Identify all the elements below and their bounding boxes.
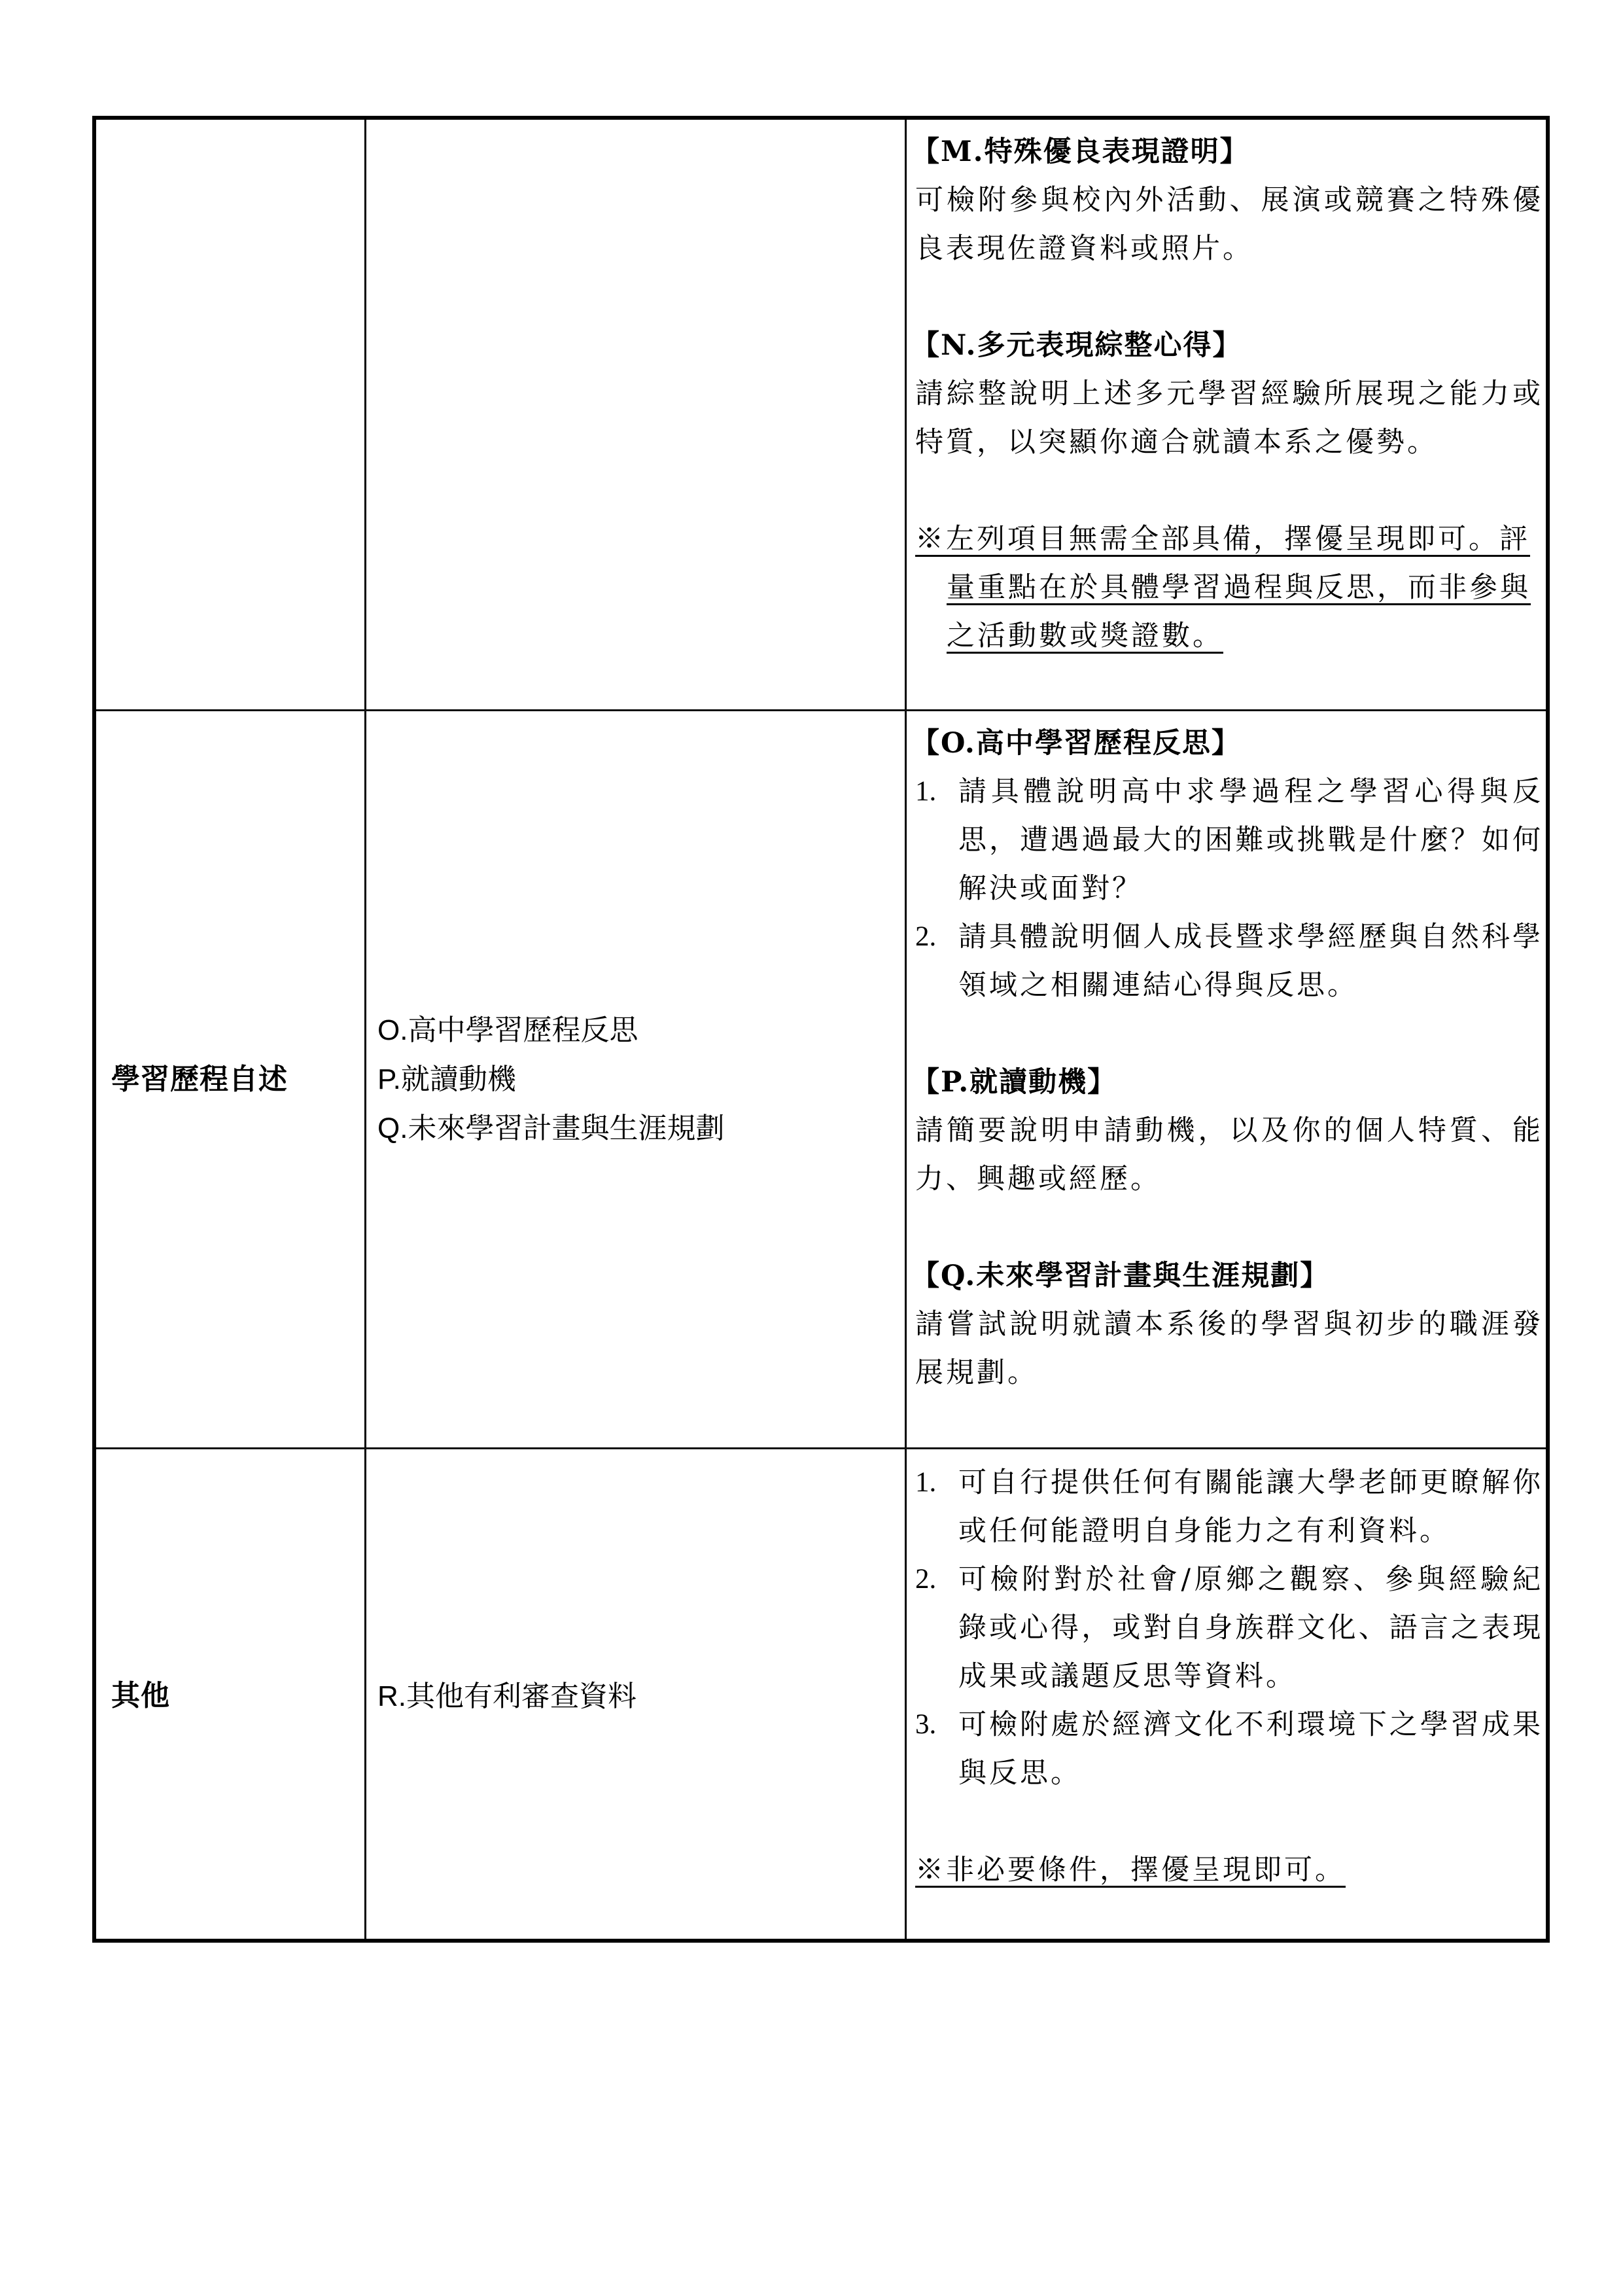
items-list: O.高中學習歷程反思 P.就讀動機 Q.未來學習計畫與生涯規劃 [366,1006,905,1153]
section-text-p: 請簡要說明申請動機，以及你的個人特質、能力、興趣或經歷。 [915,1106,1543,1203]
list-item: 1. 可自行提供任何有關能讓大學老師更瞭解你或任何能證明自身能力之有利資料。 [915,1458,1543,1555]
note-text: ※左列項目無需全部具備，擇優呈現即可。評量重點在於具體學習過程與反思，而非參與之… [915,523,1531,652]
category-label: 學習歷程自述 [96,1065,364,1094]
note-block: ※左列項目無需全部具備，擇優呈現即可。評量重點在於具體學習過程與反思，而非參與之… [915,515,1543,660]
items-list: R.其他有利審查資料 [366,1672,905,1721]
section-text-q: 請嘗試說明就讀本系後的學習與初步的職涯發展規劃。 [915,1300,1543,1397]
item-r: R.其他有利審查資料 [377,1672,905,1721]
other-list: 1. 可自行提供任何有關能讓大學老師更瞭解你或任何能證明自身能力之有利資料。 2… [915,1458,1543,1797]
description-cell-m-n: 【M.特殊優良表現證明】 可檢附參與校內外活動、展演或競賽之特殊優良表現佐證資料… [907,120,1550,709]
spacer [915,1203,1543,1252]
note-text: ※非必要條件，擇優呈現即可。 [915,1854,1346,1886]
description-cell-r: 1. 可自行提供任何有關能讓大學老師更瞭解你或任何能證明自身能力之有利資料。 2… [907,1449,1550,1943]
list-text: 可自行提供任何有關能讓大學老師更瞭解你或任何能證明自身能力之有利資料。 [958,1466,1543,1547]
description-cell-o-p-q: 【O.高中學習歷程反思】 1. 請具體說明高中求學過程之學習心得與反思，遭遇過最… [907,711,1550,1447]
section-text-m: 可檢附參與校內外活動、展演或競賽之特殊優良表現佐證資料或照片。 [915,176,1543,273]
item-p: P.就讀動機 [377,1055,905,1104]
list-text: 請具體說明個人成長暨求學經歷與自然科學領域之相關連結心得與反思。 [958,921,1543,1002]
spacer [915,1797,1543,1846]
list-number: 1. [915,1458,936,1507]
category-cell-other: 其他 [96,1449,364,1943]
spacer [915,1010,1543,1058]
spacer [915,467,1543,515]
list-item: 1. 請具體說明高中求學過程之學習心得與反思，遭遇過最大的困難或挑戰是什麼？如何… [915,768,1543,913]
list-text: 可檢附處於經濟文化不利環境下之學習成果與反思。 [958,1708,1543,1790]
note-block: ※非必要條件，擇優呈現即可。 [915,1846,1543,1894]
items-cell-empty [366,120,905,709]
section-heading-p: 【P.就讀動機】 [911,1058,1543,1106]
items-cell-other: R.其他有利審查資料 [366,1449,905,1943]
list-number: 1. [915,768,936,816]
category-cell-empty [96,120,364,709]
section-heading-n: 【N.多元表現綜整心得】 [911,321,1543,370]
document-page: 【M.特殊優良表現證明】 可檢附參與校內外活動、展演或競賽之特殊優良表現佐證資料… [0,0,1623,2296]
section-list-o: 1. 請具體說明高中求學過程之學習心得與反思，遭遇過最大的困難或挑戰是什麼？如何… [915,768,1543,1010]
list-item: 2. 請具體說明個人成長暨求學經歷與自然科學領域之相關連結心得與反思。 [915,913,1543,1010]
category-label: 其他 [96,1682,364,1710]
category-cell-learning-narrative: 學習歷程自述 [96,711,364,1447]
item-o: O.高中學習歷程反思 [377,1006,905,1055]
section-heading-m: 【M.特殊優良表現證明】 [911,128,1543,176]
section-heading-q: 【Q.未來學習計畫與生涯規劃】 [911,1252,1543,1300]
list-item: 2. 可檢附對於社會/原鄉之觀察、參與經驗紀錄或心得，或對自身族群文化、語言之表… [915,1555,1543,1701]
item-q: Q.未來學習計畫與生涯規劃 [377,1104,905,1153]
list-number: 2. [915,913,936,961]
list-number: 2. [915,1555,936,1604]
list-item: 3. 可檢附處於經濟文化不利環境下之學習成果與反思。 [915,1701,1543,1797]
spacer [915,273,1543,321]
review-materials-table: 【M.特殊優良表現證明】 可檢附參與校內外活動、展演或競賽之特殊優良表現佐證資料… [92,116,1550,1943]
items-cell-learning-narrative: O.高中學習歷程反思 P.就讀動機 Q.未來學習計畫與生涯規劃 [366,711,905,1447]
list-text: 可檢附對於社會/原鄉之觀察、參與經驗紀錄或心得，或對自身族群文化、語言之表現成果… [958,1563,1543,1693]
list-text: 請具體說明高中求學過程之學習心得與反思，遭遇過最大的困難或挑戰是什麼？如何解決或… [958,775,1543,905]
list-number: 3. [915,1701,936,1749]
section-text-n: 請綜整說明上述多元學習經驗所展現之能力或特質，以突顯你適合就讀本系之優勢。 [915,370,1543,467]
section-heading-o: 【O.高中學習歷程反思】 [911,719,1543,768]
